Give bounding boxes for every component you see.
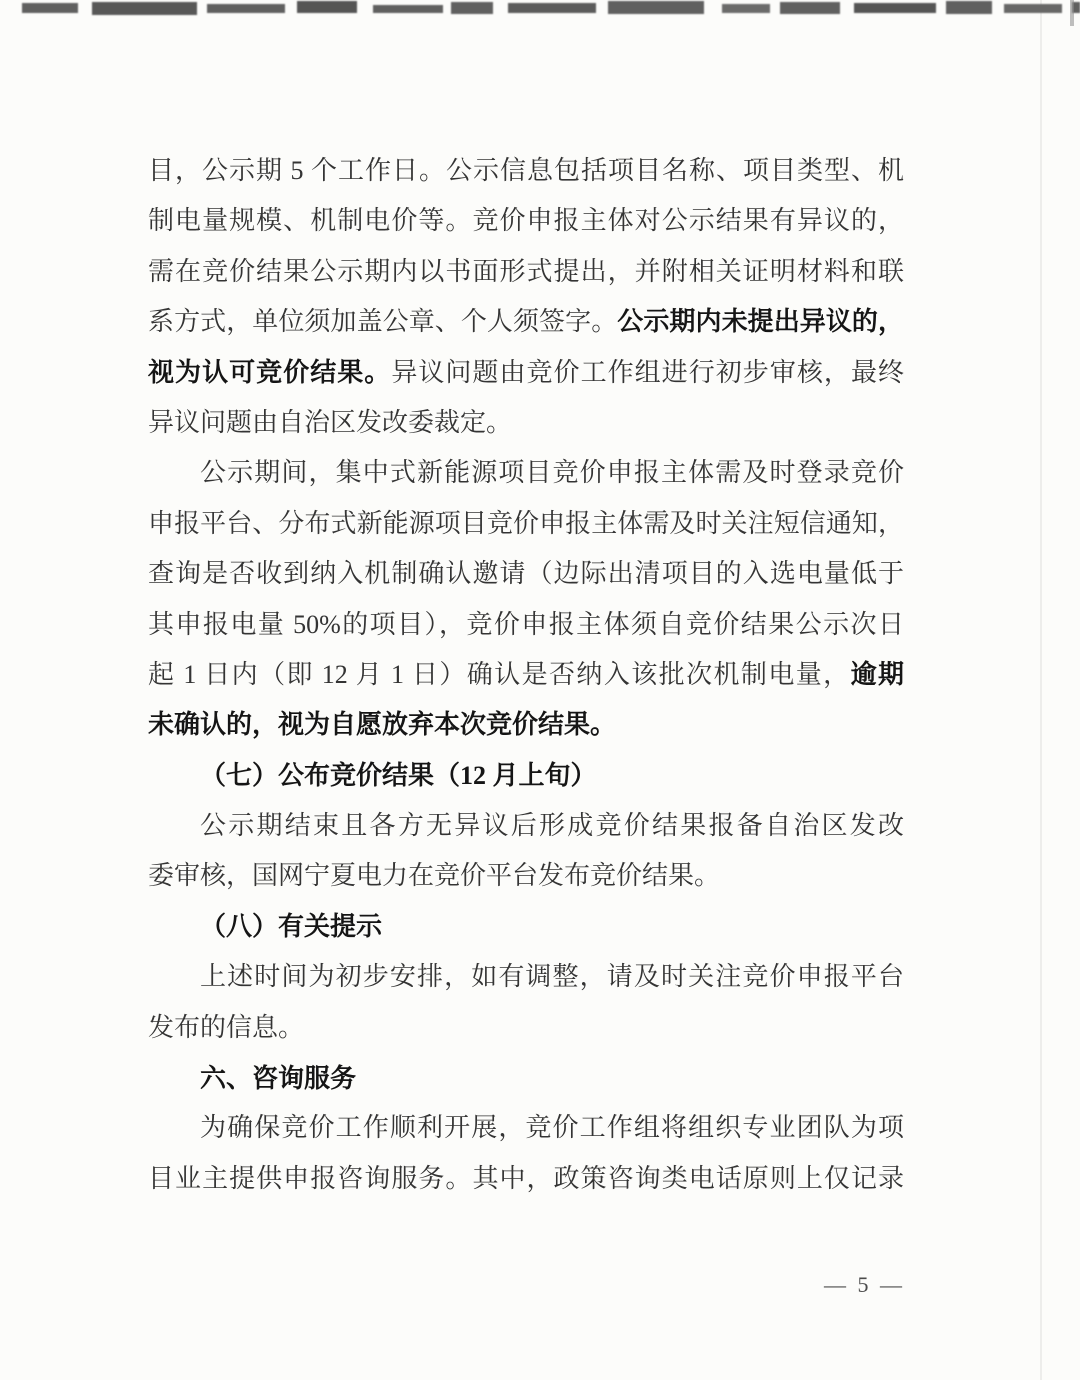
smudge-mark [92, 2, 197, 15]
text-run: 异议问题由竞价工作组进行初步审核，最终 [391, 358, 904, 387]
heading-text: （七）公布竞价结果（12 月上旬） [200, 761, 597, 790]
smudge-mark [373, 5, 443, 13]
text-line: 系方式，单位须加盖公章、个人须签字。公示期内未提出异议的， [148, 297, 904, 347]
scan-edge-tick [1070, 0, 1074, 26]
text-run: 委审核，国网宁夏电力在竞价平台发布竞价结果。 [148, 861, 720, 890]
text-run: 申报平台、分布式新能源项目竞价申报主体需及时关注短信通知， [148, 509, 904, 538]
text-run: 上述时间为初步安排，如有调整，请及时关注竞价申报平台 [200, 962, 904, 991]
text-line: 其申报电量 50%的项目），竞价申报主体须自竞价结果公示次日 [148, 600, 904, 650]
text-run: 公示期结束且各方无异议后形成竞价结果报备自治区发改 [200, 811, 904, 840]
smudge-mark [780, 2, 840, 14]
text-line: 需在竞价结果公示期内以书面形式提出，并附相关证明材料和联 [148, 247, 904, 297]
text-line: 为确保竞价工作顺利开展，竞价工作组将组织专业团队为项 [148, 1103, 904, 1153]
smudge-mark [1004, 4, 1062, 13]
heading-text: 六、咨询服务 [200, 1063, 356, 1093]
scan-edge-line [1040, 0, 1042, 1380]
text-line: 公示期间，集中式新能源项目竞价申报主体需及时登录竞价 [148, 448, 904, 498]
text-line: 目，公示期 5 个工作日。公示信息包括项目名称、项目类型、机 [148, 146, 904, 196]
text-run-bold: 视为认可竞价结果。 [148, 358, 391, 387]
smudge-mark [608, 1, 704, 14]
text-run: 为确保竞价工作顺利开展，竞价工作组将组织专业团队为项 [200, 1113, 904, 1142]
smudge-mark [22, 3, 78, 13]
text-line: 异议问题由自治区发改委裁定。 [148, 398, 904, 448]
section-heading: （七）公布竞价结果（12 月上旬） [148, 751, 904, 801]
scan-artifact-top [22, 0, 1080, 20]
scanned-document-page: { "document": { "lines": [ {"runs": [{"t… [0, 0, 1080, 1380]
page-number-text: — 5 — [824, 1272, 905, 1297]
text-line: 目业主提供申报咨询服务。其中，政策咨询类电话原则上仅记录 [148, 1154, 904, 1204]
text-run: 其申报电量 50%的项目），竞价申报主体须自竞价结果公示次日 [148, 610, 904, 639]
text-run: 系方式，单位须加盖公章、个人须签字。 [148, 307, 617, 336]
text-line: 申报平台、分布式新能源项目竞价申报主体需及时关注短信通知， [148, 499, 904, 549]
smudge-mark [854, 3, 936, 13]
text-line: 委审核，国网宁夏电力在竞价平台发布竞价结果。 [148, 851, 904, 901]
text-run: 异议问题由自治区发改委裁定。 [148, 408, 512, 437]
text-line: 上述时间为初步安排，如有调整，请及时关注竞价申报平台 [148, 952, 904, 1002]
text-line: 起 1 日内（即 12 月 1 日）确认是否纳入该批次机制电量，逾期 [148, 650, 904, 700]
text-line: 未确认的，视为自愿放弃本次竞价结果。 [148, 700, 904, 750]
section-heading: （八）有关提示 [148, 902, 904, 952]
text-line: 发布的信息。 [148, 1003, 904, 1053]
smudge-mark [451, 2, 493, 14]
text-run: 目业主提供申报咨询服务。其中，政策咨询类电话原则上仅记录 [148, 1164, 904, 1193]
page-number: — 5 — [824, 1272, 905, 1298]
text-run: 需在竞价结果公示期内以书面形式提出，并附相关证明材料和联 [148, 257, 904, 286]
text-run-bold: 未确认的，视为自愿放弃本次竞价结果。 [148, 710, 616, 739]
text-run-bold: 逾期 [851, 660, 904, 689]
document-body: 目，公示期 5 个工作日。公示信息包括项目名称、项目类型、机 制电量规模、机制电… [148, 146, 904, 1204]
text-line: 视为认可竞价结果。异议问题由竞价工作组进行初步审核，最终 [148, 348, 904, 398]
text-run: 发布的信息。 [148, 1013, 304, 1042]
text-line: 查询是否收到纳入机制确认邀请（边际出清项目的入选电量低于 [148, 549, 904, 599]
smudge-mark [508, 3, 596, 13]
text-run: 制电量规模、机制电价等。竞价申报主体对公示结果有异议的， [148, 206, 904, 235]
smudge-mark [946, 1, 992, 14]
heading-text: （八）有关提示 [200, 912, 382, 941]
text-run: 起 1 日内（即 12 月 1 日）确认是否纳入该批次机制电量， [148, 660, 851, 689]
text-line: 公示期结束且各方无异议后形成竞价结果报备自治区发改 [148, 801, 904, 851]
text-run: 目，公示期 5 个工作日。公示信息包括项目名称、项目类型、机 [148, 156, 904, 185]
section-heading: 六、咨询服务 [148, 1053, 904, 1103]
text-run: 查询是否收到纳入机制确认邀请（边际出清项目的入选电量低于 [148, 559, 904, 588]
text-run: 公示期间，集中式新能源项目竞价申报主体需及时登录竞价 [200, 458, 904, 487]
smudge-mark [722, 4, 770, 13]
text-run-bold: 公示期内未提出异议的， [617, 307, 904, 336]
smudge-mark [207, 4, 285, 13]
text-line: 制电量规模、机制电价等。竞价申报主体对公示结果有异议的， [148, 196, 904, 246]
smudge-mark [297, 1, 357, 13]
